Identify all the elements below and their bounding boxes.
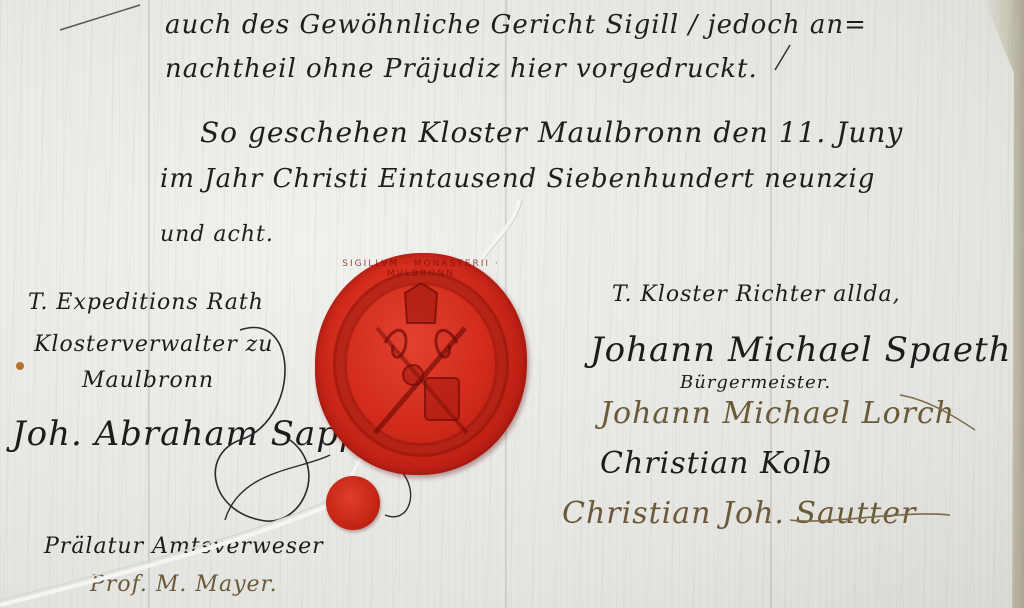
- right-heading: T. Kloster Richter allda,: [612, 282, 901, 307]
- signature-kolb: Christian Kolb: [600, 446, 832, 481]
- body-line-1: auch des Gewöhnliche Gericht Sigill / je…: [165, 10, 867, 40]
- seal-legend: SIGILLVM · MONASTERII · MVLBRONN: [315, 259, 527, 279]
- left-heading-line-2: Klosterverwalter zu: [34, 332, 273, 357]
- left-lower-line-1: Prälatur Amtsverweser: [44, 534, 324, 559]
- left-heading-line-1: T. Expeditions Rath: [28, 290, 264, 315]
- seal-emblem-icon: [355, 283, 487, 443]
- signature-spaeth: Johann Michael Spaeth: [590, 330, 1012, 370]
- left-heading-line-3: Maulbronn: [82, 368, 214, 393]
- signature-title: Bürgermeister.: [680, 372, 831, 393]
- left-lower-line-2: Prof. M. Mayer.: [90, 572, 278, 597]
- body-line-4: im Jahr Christi Eintausend Siebenhundert…: [160, 164, 875, 194]
- wax-seal: SIGILLVM · MONASTERII · MVLBRONN: [315, 253, 527, 475]
- small-wax-seal: [326, 476, 380, 530]
- signature-sautter: Christian Joh. Sautter: [562, 496, 916, 531]
- body-line-2: nachtheil ohne Präjudiz hier vorgedruckt…: [165, 54, 758, 84]
- signature-lorch: Johann Michael Lorch: [600, 396, 955, 431]
- body-line-5: und acht.: [160, 222, 274, 247]
- body-line-3: So geschehen Kloster Maulbronn den 11. J…: [200, 116, 903, 149]
